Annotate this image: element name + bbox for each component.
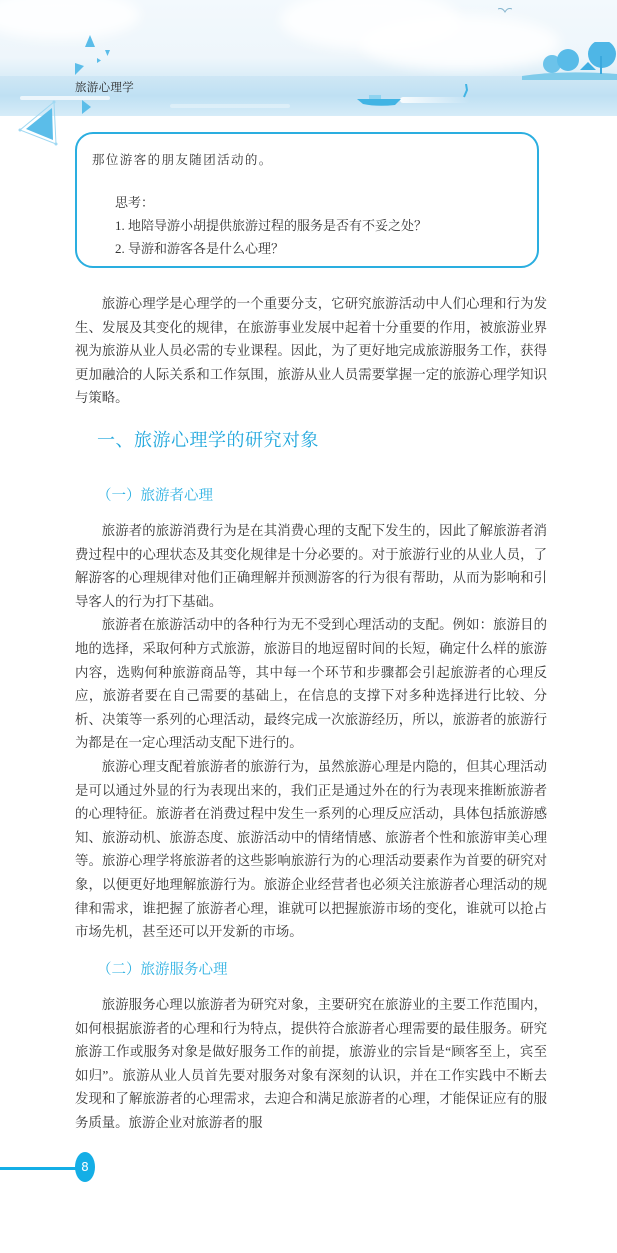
question-item: 1. 地陪导游小胡提供旅游过程的服务是否有不妥之处？ (115, 214, 427, 237)
water-skier-icon (460, 84, 472, 98)
seagull-icon (498, 8, 512, 14)
header-banner: 旅游心理学 (0, 0, 617, 116)
subsection-body-service-psychology: 旅游服务心理以旅游者为研究对象，主要研究在旅游业的主要工作范围内，如何根据旅游者… (75, 993, 547, 1135)
question-item: 2. 导游和游客各是什么心理？ (115, 237, 427, 260)
page-number-line (0, 1167, 82, 1170)
intro-section: 旅游心理学是心理学的一个重要分支，它研究旅游活动中人们心理和行为发生、发展及其变… (75, 292, 547, 410)
body-paragraph: 旅游服务心理以旅游者为研究对象，主要研究在旅游业的主要工作范围内，如何根据旅游者… (75, 993, 547, 1135)
page-number-badge: 8 (75, 1152, 95, 1182)
case-callout-box: 那位游客的朋友随团活动的。 思考： 1. 地陪导游小胡提供旅游过程的服务是否有不… (75, 132, 539, 268)
body-paragraph: 旅游心理支配着旅游者的旅游行为，虽然旅游心理是内隐的，但其心理活动是可以通过外显… (75, 755, 547, 944)
subsection-heading-tourist-psychology: （一）旅游者心理 (97, 484, 213, 505)
speedboat-icon (357, 92, 407, 108)
section-heading: 一、旅游心理学的研究对象 (97, 426, 319, 452)
palm-island-icon (522, 42, 617, 80)
triangle-decoration-icon (75, 63, 84, 75)
large-triangle-decoration-icon (16, 100, 62, 146)
triangle-decoration-icon (82, 100, 91, 114)
book-title: 旅游心理学 (75, 79, 134, 95)
triangle-decoration-icon (105, 50, 110, 56)
triangle-decoration-icon (85, 35, 95, 47)
think-questions: 思考： 1. 地陪导游小胡提供旅游过程的服务是否有不妥之处？ 2. 导游和游客各… (115, 191, 427, 260)
subsection-body-tourist-psychology: 旅游者的旅游消费行为是在其消费心理的支配下发生的，因此了解旅游者消费过程中的心理… (75, 519, 547, 944)
cloud-decoration (0, 0, 140, 40)
subsection-heading-service-psychology: （二）旅游服务心理 (97, 958, 228, 979)
triangle-decoration-icon (97, 58, 101, 63)
intro-paragraph: 旅游心理学是心理学的一个重要分支，它研究旅游活动中人们心理和行为发生、发展及其变… (75, 292, 547, 410)
body-paragraph: 旅游者在旅游活动中的各种行为无不受到心理活动的支配。例如：旅游目的地的选择，采取… (75, 613, 547, 755)
case-lead-text: 那位游客的朋友随团活动的。 (92, 150, 273, 168)
think-label: 思考： (115, 191, 427, 214)
body-paragraph: 旅游者的旅游消费行为是在其消费心理的支配下发生的，因此了解旅游者消费过程中的心理… (75, 519, 547, 613)
wave-streak (170, 104, 290, 108)
